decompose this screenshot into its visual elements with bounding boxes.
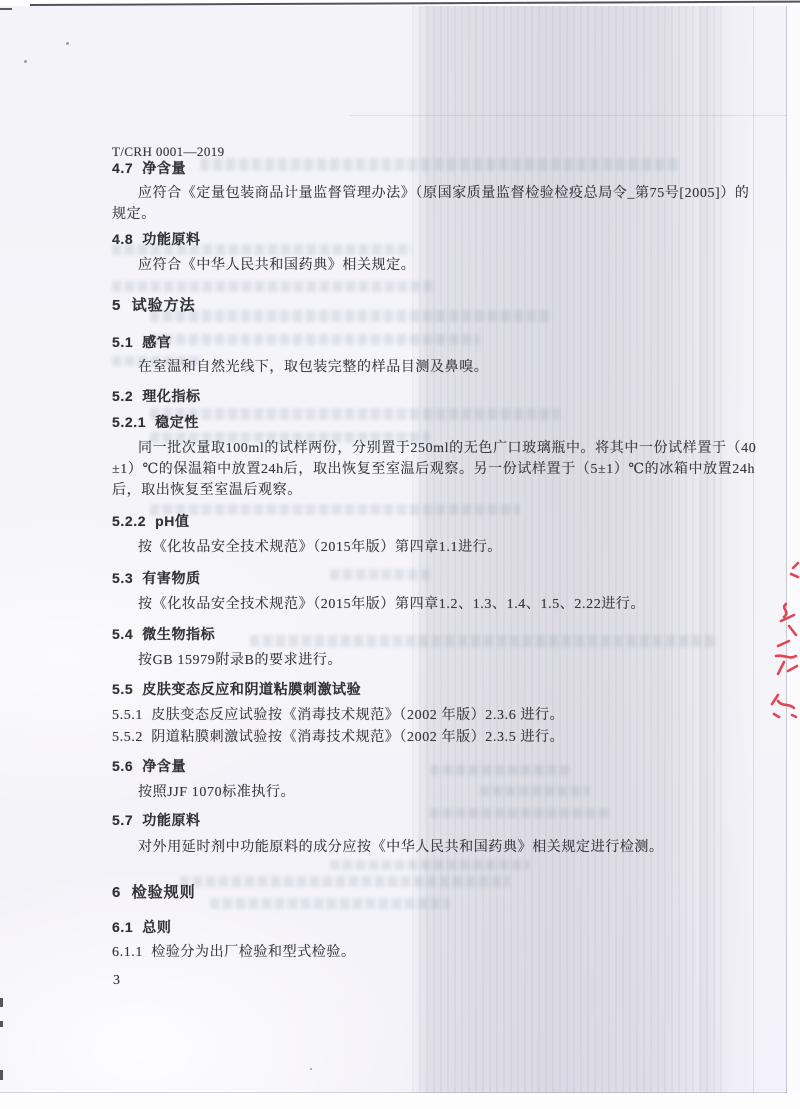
bleed-through-smudge <box>480 786 590 796</box>
page-number: 3 <box>113 970 120 991</box>
body-text-line: 按《化妆品安全技术规范》（2015年版）第四章1.1进行。 <box>138 537 502 558</box>
paper-crease-line <box>350 115 786 116</box>
dust-speck <box>66 42 69 45</box>
bleed-through-smudge <box>200 158 680 171</box>
bleed-through-smudge <box>430 808 610 818</box>
bleed-through-smudge <box>430 765 570 775</box>
left-edge-mark <box>0 1021 3 1027</box>
subsection-heading: 5.3 有害物质 <box>112 568 201 589</box>
subsection-heading: 5.2.2 pH值 <box>112 511 190 532</box>
bleed-through-smudge <box>210 898 450 909</box>
body-text-line: 按照JJF 1070标准执行。 <box>138 782 295 803</box>
subsection-heading: 5.2 理化指标 <box>112 386 201 407</box>
left-edge-mark <box>0 1070 3 1080</box>
dust-speck <box>310 1068 312 1070</box>
dust-speck <box>24 60 27 63</box>
bleed-through-smudge <box>330 569 430 580</box>
scanner-top-edge-dash <box>0 8 12 10</box>
body-text-line: 对外用延时剂中功能原料的成分应按《中华人民共和国药典》相关规定进行检测。 <box>138 837 664 858</box>
subsection-heading: 5.5 皮肤变态反应和阴道粘膜刺激试验 <box>112 679 361 700</box>
subsection-heading: 6.1 总则 <box>112 917 171 938</box>
scanned-page: T/CRH 0001—20194.7 净含量应符合《定量包装商品计量监督管理办法… <box>0 0 800 1109</box>
bleed-through-smudge <box>112 281 432 292</box>
scan-vertical-line <box>753 6 754 1093</box>
body-text-line: 5.5.2 阴道粘膜刺激试验按《消毒技术规范》（2002 年版）2.3.5 进行… <box>112 727 564 748</box>
section-heading: 5 试验方法 <box>112 295 196 316</box>
scanner-bottom-strip <box>0 1093 800 1109</box>
subsection-heading: 5.6 净含量 <box>112 756 186 777</box>
section-heading: 6 检验规则 <box>112 882 196 903</box>
subsection-heading: 5.4 微生物指标 <box>112 624 215 645</box>
left-edge-mark <box>0 998 3 1007</box>
body-text-line: 应符合《定量包装商品计量监督管理办法》（原国家质量监督检验检疫总局令_第75号[… <box>138 183 750 204</box>
body-text-line: 按GB 15979附录B的要求进行。 <box>138 650 342 671</box>
scan-shadow-soft-edge <box>700 6 760 1093</box>
body-text-line: 应符合《中华人民共和国药典》相关规定。 <box>138 255 415 276</box>
subsection-heading: 5.1 感官 <box>112 332 171 353</box>
paper-right-edge <box>786 6 787 1093</box>
bleed-through-smudge <box>150 334 480 345</box>
bleed-through-smudge <box>150 310 550 322</box>
body-text-line: 5.5.1 皮肤变态反应试验按《消毒技术规范》（2002 年版）2.3.6 进行… <box>112 705 564 726</box>
bleed-through-smudge <box>330 860 530 870</box>
subsection-heading: 4.7 净含量 <box>112 158 186 179</box>
body-text-line: 同一批次量取100ml的试样两份，分别置于250ml的无色广口玻璃瓶中。将其中一… <box>138 438 756 459</box>
bleed-through-smudge <box>150 504 520 515</box>
bleed-through-smudge <box>250 635 718 647</box>
body-text-line: 按《化妆品安全技术规范》（2015年版）第四章1.2、1.3、1.4、1.5、2… <box>138 594 645 615</box>
bleed-through-smudge <box>150 408 560 420</box>
body-text-line: 后，取出恢复至室温后观察。 <box>112 480 302 501</box>
subsection-heading: 5.7 功能原料 <box>112 810 201 831</box>
subsection-heading: 4.8 功能原料 <box>112 229 201 250</box>
body-text-line: 规定。 <box>112 204 156 225</box>
subsection-heading: 5.2.1 稳定性 <box>112 412 199 433</box>
bleed-through-smudge <box>180 876 510 887</box>
body-text-line: ±1）℃的保温箱中放置24h后，取出恢复至室温后观察。另一份试样置于（5±1）℃… <box>112 459 755 480</box>
body-text-line: 在室温和自然光线下，取包装完整的样品目测及鼻嗅。 <box>138 357 488 378</box>
scanner-background-strip <box>787 6 800 1093</box>
body-text-line: 6.1.1 检验分为出厂检验和型式检验。 <box>112 942 356 963</box>
red-handwriting-mark <box>766 558 800 723</box>
